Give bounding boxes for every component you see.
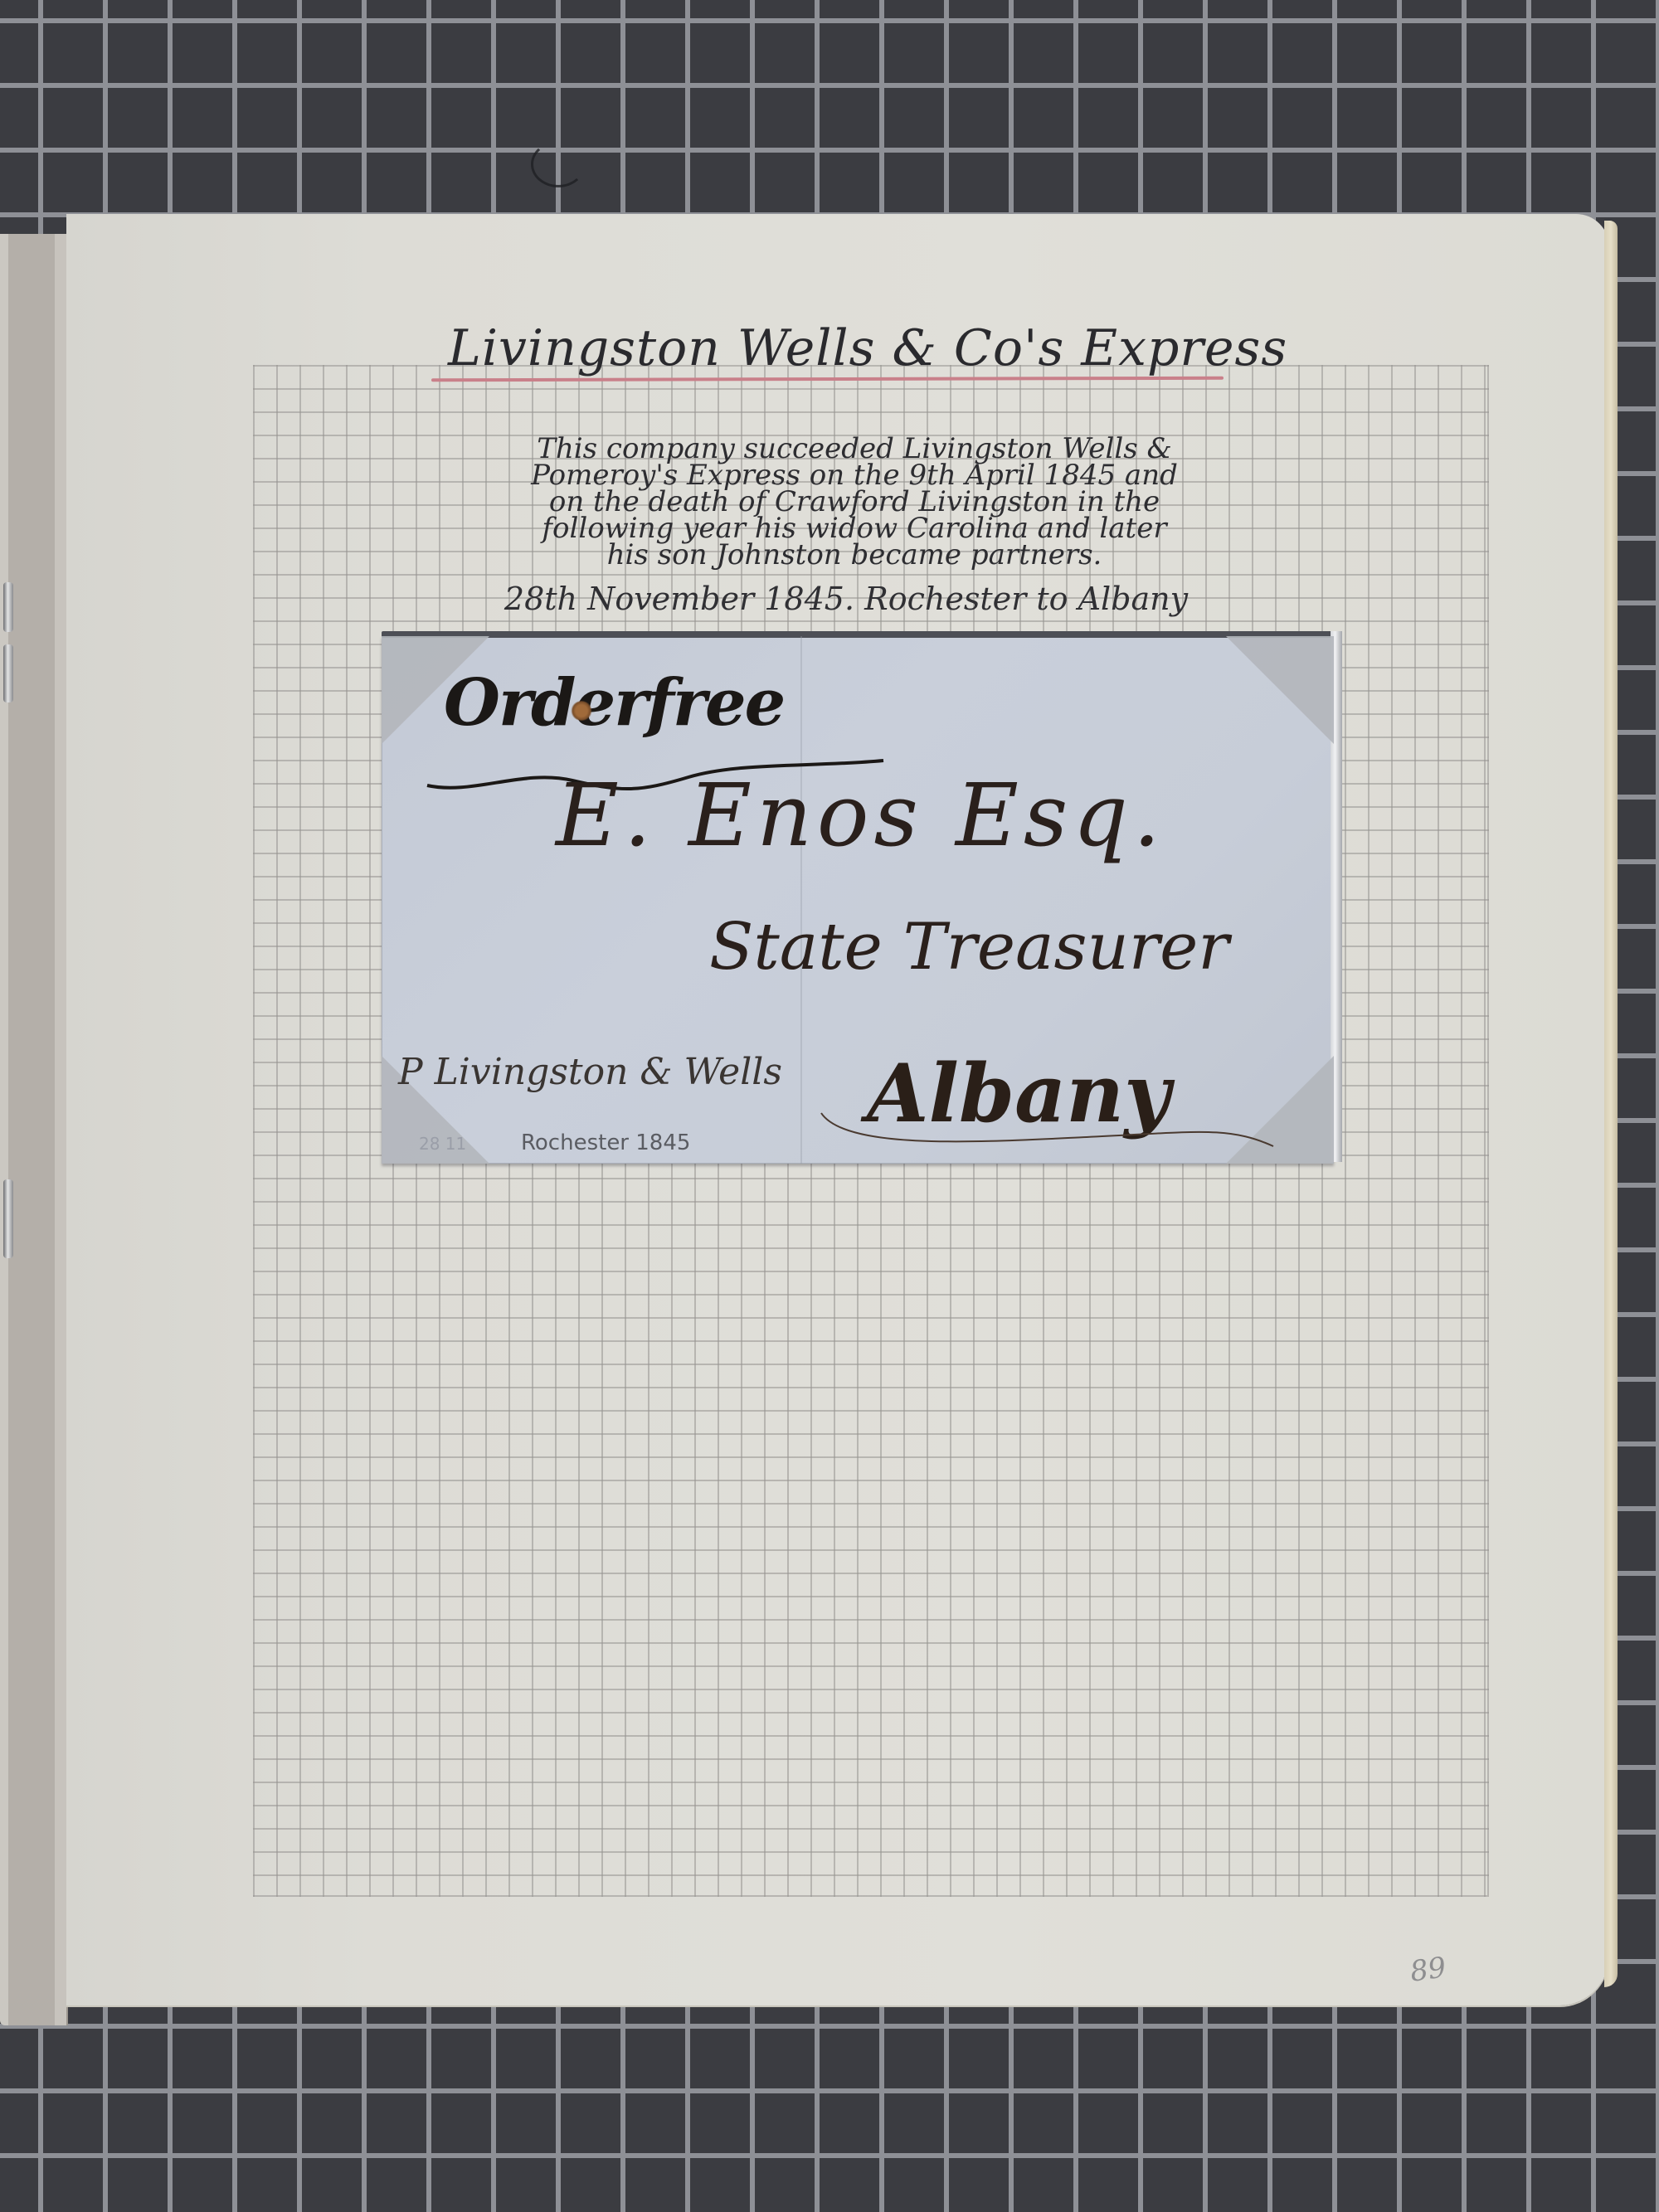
mount-strip-top [382, 631, 1334, 638]
carrier-docket: P Livingston & Wells [398, 1051, 782, 1093]
addressee-name: E. Enos Esq. [556, 765, 1165, 866]
binding-hinge-icon [3, 644, 13, 702]
pencil-note-faint: 28 11 [419, 1134, 466, 1154]
left-page-binding [0, 234, 68, 2025]
ink-stain [571, 701, 592, 721]
photo-corner-icon [1226, 636, 1334, 744]
endorsement: Orderfree [444, 665, 784, 741]
cutting-mat-mark [531, 141, 586, 187]
history-description: This company succeeded Livingston Wells … [406, 435, 1302, 568]
flourish-icon [813, 1101, 1277, 1150]
page-edge [1604, 221, 1618, 1987]
fold-line [800, 636, 802, 1164]
stampless-cover: Orderfree E. Enos Esq. State Treasurer A… [382, 636, 1334, 1164]
item-caption: 28th November 1845. Rochester to Albany [427, 581, 1265, 617]
page-heading: Livingston Wells & Co's Express [448, 319, 1228, 377]
description-line: his son Johnston became partners. [406, 542, 1302, 568]
pencil-note: Rochester 1845 [521, 1130, 690, 1155]
page-number: 89 [1408, 1951, 1447, 1989]
binding-hinge-icon [3, 582, 13, 632]
binding-hinge-icon [3, 1179, 13, 1258]
addressee-title: State Treasurer [709, 910, 1229, 984]
